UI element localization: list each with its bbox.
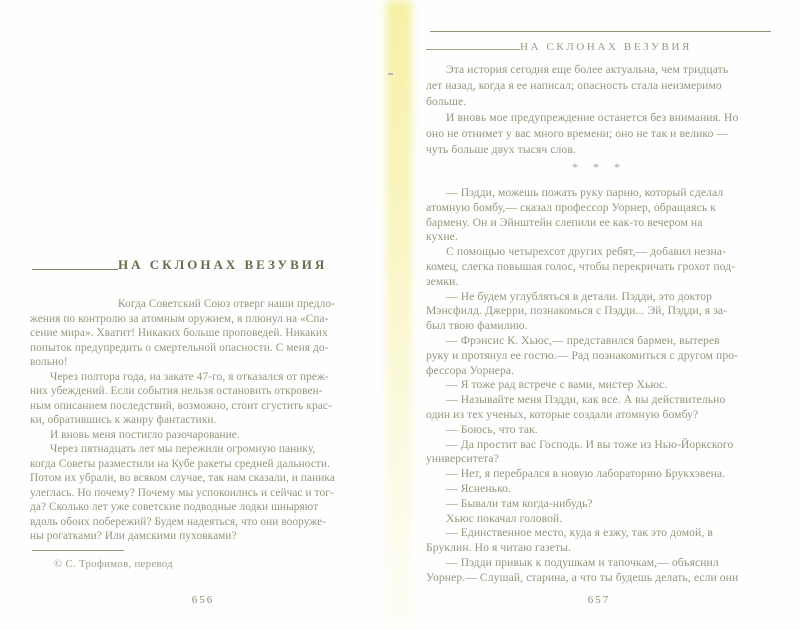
page-number-left: 656 [30, 594, 376, 606]
text-line: ны рогатками? Или дамскими пуховками? [30, 529, 376, 544]
text-line: когда Советы разместили на Кубе ракеты с… [30, 457, 376, 472]
text-line: попыток предупредить о смертельной опасн… [30, 341, 376, 356]
chapter-heading: НА СКЛОНАХ ВЕЗУВИЯ [32, 257, 327, 273]
text-line: вдоль обоих побережий? Будем надеяться, … [30, 515, 376, 530]
paragraph: — Единственное место, куда я езжу, так э… [426, 526, 772, 556]
text-line: ным описанием последствий, возможно, сто… [30, 399, 376, 414]
text-line: — Бывали там когда-нибудь? [426, 497, 772, 512]
paragraph: Хьюс покачал головой. [426, 512, 772, 527]
paragraph: — Да простит вас Господь. И вы тоже из Н… [426, 438, 772, 468]
text-line: Через пятнадцать лет мы пережили огромну… [30, 442, 376, 457]
text-line: — Пэдди, можешь пожать руку парню, котор… [426, 186, 772, 201]
text-line: руку и протянул ее гостю.— Рад познакоми… [426, 349, 772, 364]
text-line: — Нет, я перебрался в новую лабораторию … [426, 467, 772, 482]
chapter-title: НА СКЛОНАХ ВЕЗУВИЯ [118, 257, 327, 273]
text-line: — Боюсь, что так. [426, 423, 772, 438]
translator-credit: © С. Трофимов, перевод [54, 558, 173, 570]
paragraph: — Я тоже рад встрече с вами, мистер Хьюс… [426, 378, 772, 393]
text-line: университета? [426, 452, 772, 467]
text-line: земки. [426, 275, 772, 290]
text-line: ки, обратившись к жанру фантастики. [30, 413, 376, 428]
header-rule [430, 31, 771, 32]
text-line: атомную бомбу,— сказал профессор Уорнер,… [426, 201, 772, 216]
paragraph: — Боюсь, что так. [426, 423, 772, 438]
text-line: Когда Советский Союз отверг наши предло- [30, 297, 376, 312]
paragraph: — Называйте меня Пэдди, как все. А вы де… [426, 393, 772, 423]
paragraph: Когда Советский Союз отверг наши предло-… [30, 297, 376, 370]
text-line: лет назад, когда я ее написал; опасность… [426, 78, 772, 94]
paragraph: Через пятнадцать лет мы пережили огромну… [30, 442, 376, 544]
text-line: фессора Уорнера. [426, 364, 772, 379]
text-line: вольно! [30, 355, 376, 370]
text-line: И вновь меня постигло разочарование. [30, 428, 376, 443]
text-line: них убеждений. Если события нельзя остан… [30, 384, 376, 399]
paragraph: — Пэдди, можешь пожать руку парню, котор… [426, 186, 772, 245]
text-line: Потом их убрали, во всяком случае, так н… [30, 471, 376, 486]
paragraph: И вновь меня постигло разочарование. [30, 428, 376, 443]
text-line: комец, слегка повышая голос, чтобы перек… [426, 260, 772, 275]
text-line: чуть больше двух тысяч слов. [426, 142, 772, 158]
text-line: — Не будем углубляться в детали. Пэдди, … [426, 290, 772, 305]
right-page: НА СКЛОНАХ ВЕЗУВИЯ Эта история сегодня е… [426, 0, 772, 629]
paragraph: — Бывали там когда-нибудь? [426, 497, 772, 512]
text-line: улеглась. Но почему? Почему мы успокоили… [30, 486, 376, 501]
paragraph: — Нет, я перебрался в новую лабораторию … [426, 467, 772, 482]
paragraph: — Пэдди привык к подушкам и тапочкам,— о… [426, 556, 772, 586]
text-line: жения по контролю за атомным оружием, я … [30, 312, 376, 327]
paragraph: С помощью четырехсот других ребят,— доба… [426, 245, 772, 289]
left-page: НА СКЛОНАХ ВЕЗУВИЯ Когда Советский Союз … [30, 0, 376, 629]
text-line: да? Сколько лет уже советские подводные … [30, 500, 376, 515]
text-line: Бруклин. Но я читаю газеты. [426, 541, 772, 556]
paragraph: — Фрэнсис К. Хьюс,— представился бармен,… [426, 334, 772, 378]
paragraph: — Не будем углубляться в детали. Пэдди, … [426, 290, 772, 334]
text-line: Мэнсфилд. Джерри, познакомься с Пэдди...… [426, 304, 772, 319]
text-line: — Пэдди привык к подушкам и тапочкам,— о… [426, 556, 772, 571]
text-line: бармену. Он и Эйнштейн слепили ее как-то… [426, 216, 772, 231]
text-line: Уорнер.— Слушай, старина, а что ты будеш… [426, 571, 772, 586]
text-line: Через полтора года, на закате 47-го, я о… [30, 370, 376, 385]
text-line: И вновь мое предупреждение останется без… [426, 110, 772, 126]
scan-speck [388, 73, 393, 75]
paragraph: Через полтора года, на закате 47-го, я о… [30, 370, 376, 428]
paragraph: — Ясненько. [426, 482, 772, 497]
heading-rule [32, 269, 118, 270]
text-line: — Ясненько. [426, 482, 772, 497]
paragraph: Эта история сегодня еще более актуальна,… [426, 62, 772, 110]
text-line: — Единственное место, куда я езжу, так э… [426, 526, 772, 541]
text-line: — Называйте меня Пэдди, как все. А вы де… [426, 393, 772, 408]
text-line: кухне. [426, 230, 772, 245]
credit-rule [32, 550, 124, 551]
page-gutter-shadow [386, 0, 412, 629]
text-line: больше. [426, 94, 772, 110]
text-line: — Да простит вас Господь. И вы тоже из Н… [426, 438, 772, 453]
running-head: НА СКЛОНАХ ВЕЗУВИЯ [426, 41, 692, 53]
text-line: Эта история сегодня еще более актуальна,… [426, 62, 772, 78]
running-head-title: НА СКЛОНАХ ВЕЗУВИЯ [520, 41, 692, 53]
section-separator: * * * [426, 160, 772, 175]
right-page-story: — Пэдди, можешь пожать руку парню, котор… [426, 186, 772, 586]
text-line: С помощью четырехсот других ребят,— доба… [426, 245, 772, 260]
text-line: сение мира». Хватит! Никаких больше проп… [30, 326, 376, 341]
right-page-intro: Эта история сегодня еще более актуальна,… [426, 62, 772, 158]
text-line: один из тех ученых, которые создали атом… [426, 408, 772, 423]
text-line: был твою фамилию. [426, 319, 772, 334]
text-line: оно не отнимет у вас много времени; оно … [426, 126, 772, 142]
book-spread-scan: НА СКЛОНАХ ВЕЗУВИЯ Когда Советский Союз … [0, 0, 800, 629]
text-line: — Я тоже рад встрече с вами, мистер Хьюс… [426, 378, 772, 393]
left-page-body: Когда Советский Союз отверг наши предло-… [30, 297, 376, 544]
page-number-right: 657 [426, 594, 772, 606]
running-head-rule [426, 49, 520, 50]
text-line: — Фрэнсис К. Хьюс,— представился бармен,… [426, 334, 772, 349]
text-line: Хьюс покачал головой. [426, 512, 772, 527]
paragraph: И вновь мое предупреждение останется без… [426, 110, 772, 158]
